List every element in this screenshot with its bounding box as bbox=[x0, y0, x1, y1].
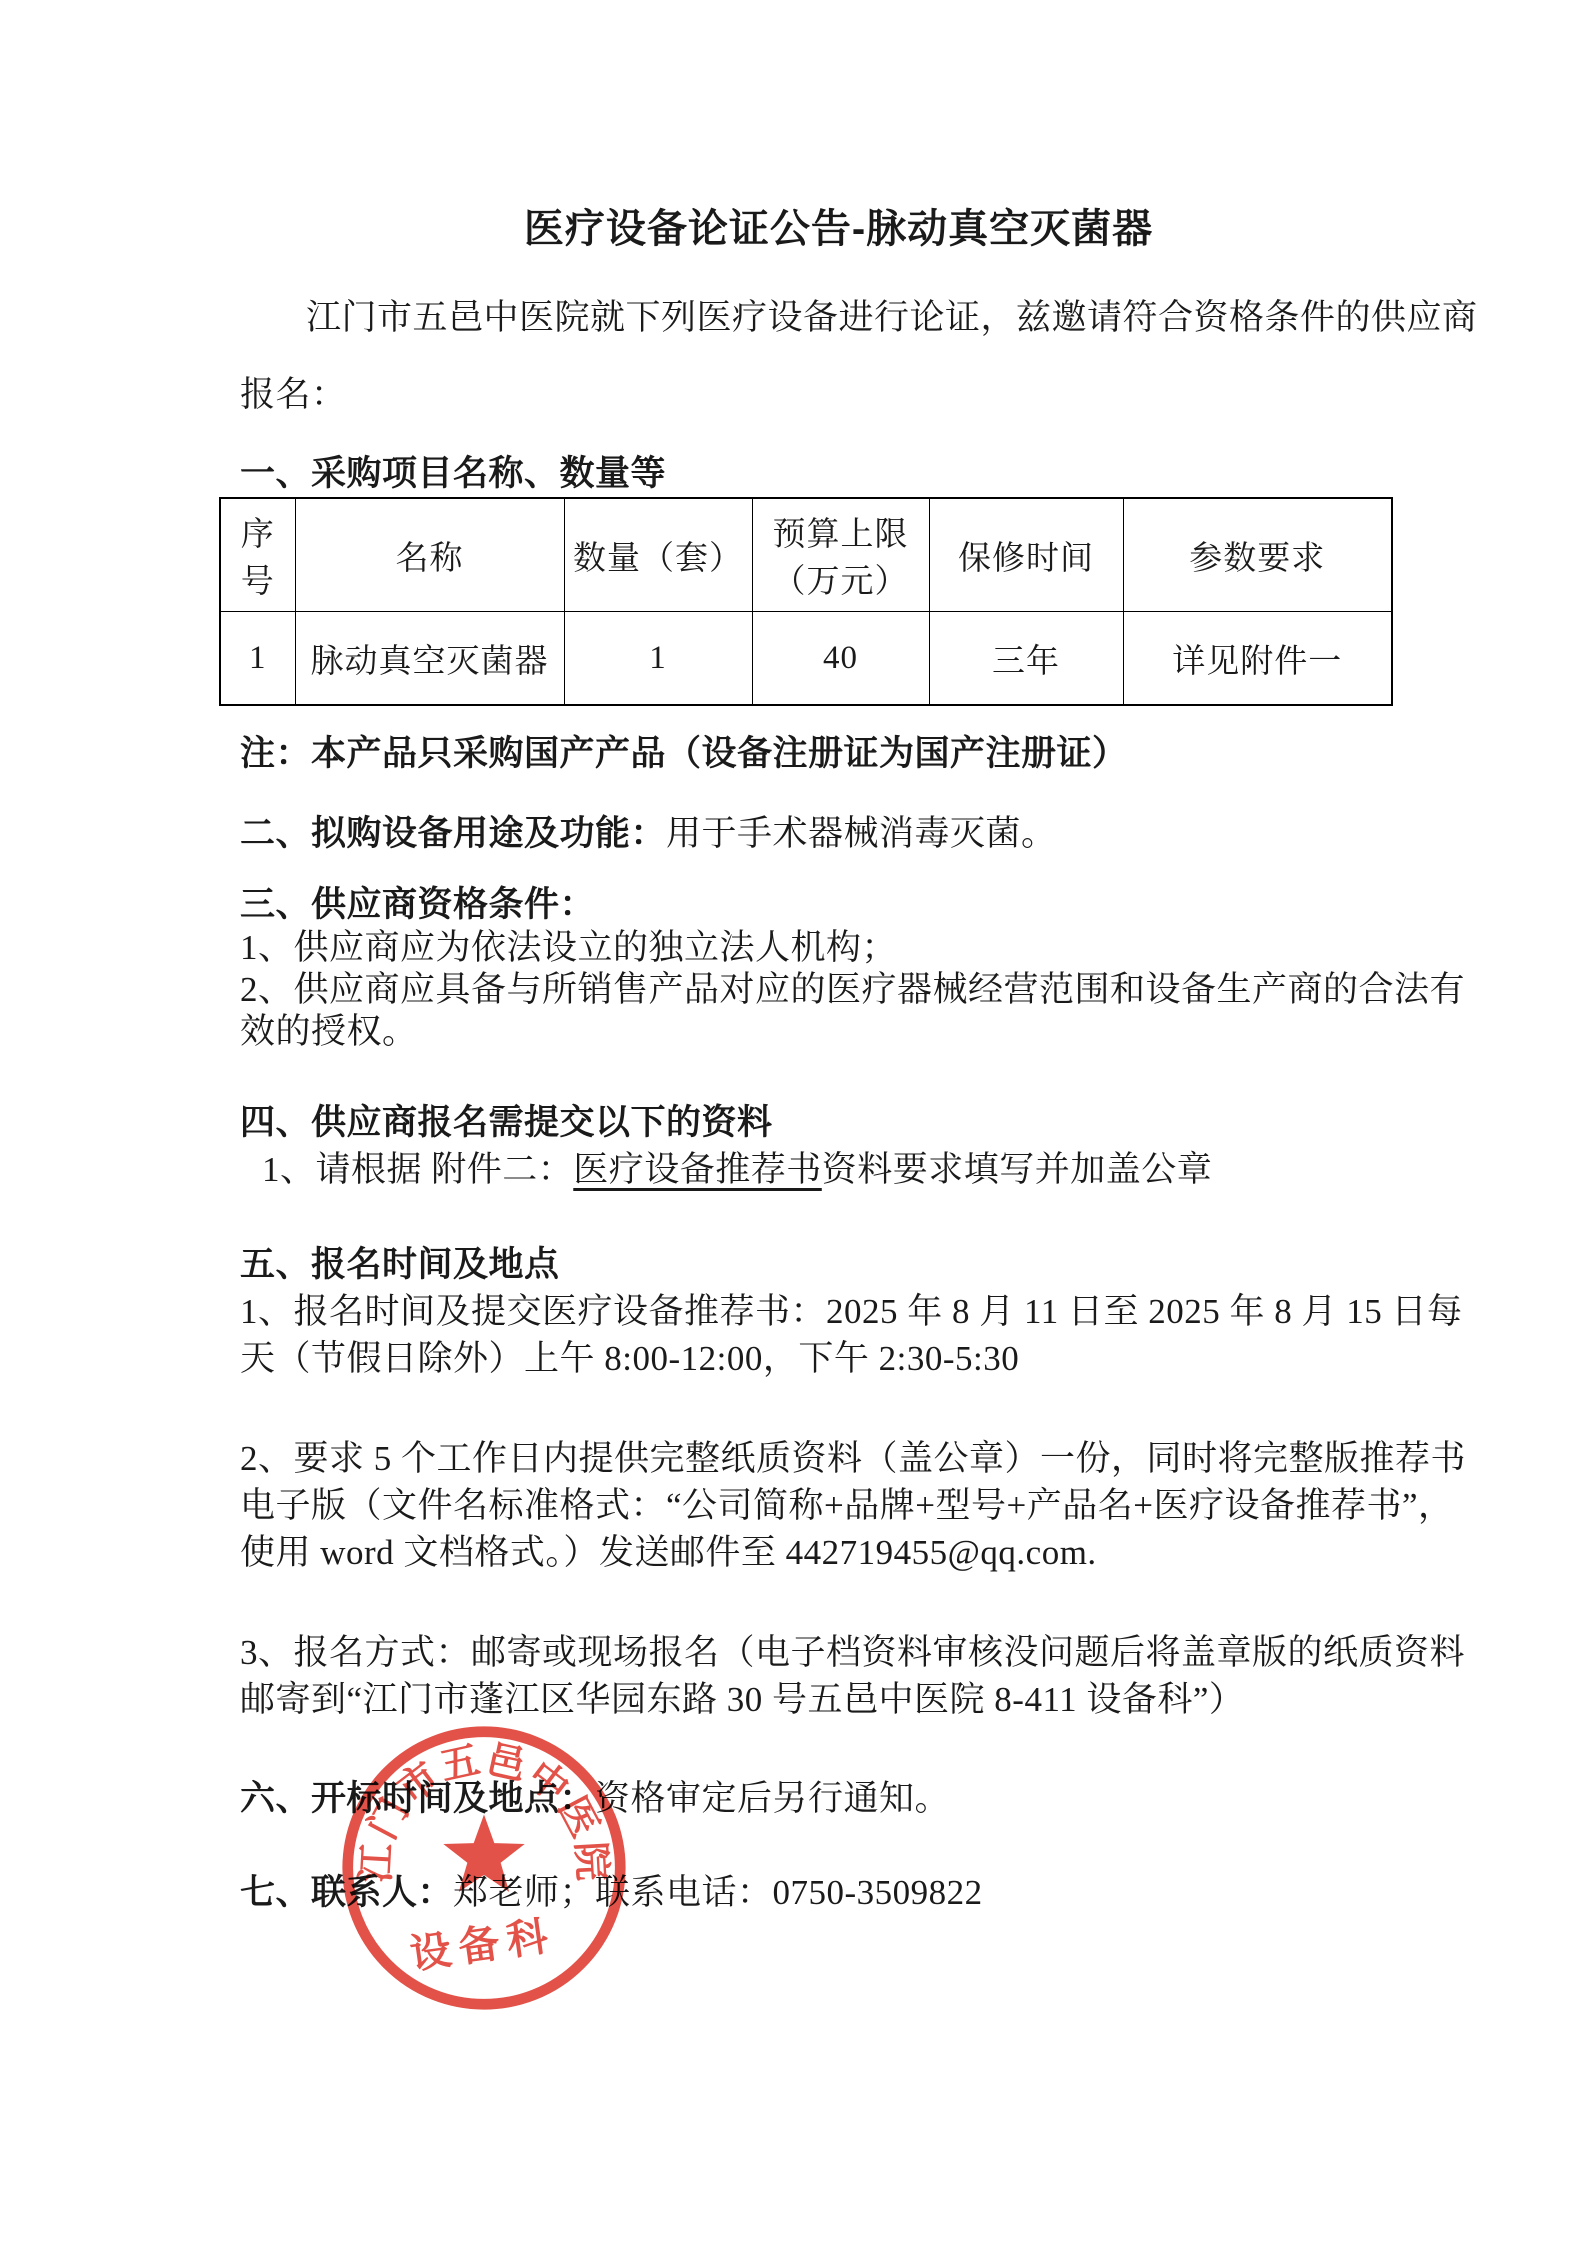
stamp-dept-text: 设备科 bbox=[407, 1913, 558, 1978]
attachment-link[interactable]: 医疗设备推荐书 bbox=[573, 1150, 822, 1189]
intro-line-2: 报名： bbox=[240, 372, 1437, 418]
section5-item2-line3: 使用 word 文档格式。）发送邮件至 442719455@qq.com. bbox=[240, 1530, 1437, 1576]
cell-quantity: 1 bbox=[564, 612, 752, 706]
section6-text: 资格审定后另行通知。 bbox=[595, 1779, 950, 1818]
col-header-params: 参数要求 bbox=[1123, 498, 1392, 612]
intro-line-1: 江门市五邑中医院就下列医疗设备进行论证，兹邀请符合资格条件的供应商 bbox=[240, 295, 1437, 341]
section6-line: 六、开标时间及地点：资格审定后另行通知。 bbox=[240, 1776, 1437, 1822]
section7-line: 七、联系人：郑老师；联系电话：0750-3509822 bbox=[240, 1870, 1437, 1916]
section5-heading: 五、报名时间及地点 bbox=[240, 1242, 1437, 1288]
table-header-row: 序 号 名称 数量（套） 预算上限 （万元） 保修时间 参数要求 bbox=[220, 498, 1392, 612]
section3-item1: 1、供应商应为依法设立的独立法人机构； bbox=[240, 925, 1437, 971]
stamp-graphic: 江门市五邑中医院 设备科 bbox=[348, 1732, 621, 2005]
section5-item2-line1: 2、要求 5 个工作日内提供完整纸质资料（盖公章）一份，同时将完整版推荐书 bbox=[240, 1436, 1437, 1482]
section3-heading: 三、供应商资格条件： bbox=[240, 882, 1437, 928]
section1-heading: 一、采购项目名称、数量等 bbox=[240, 451, 1437, 497]
section5-item3-line1: 3、报名方式：邮寄或现场报名（电子档资料审核没问题后将盖章版的纸质资料 bbox=[240, 1630, 1437, 1676]
procurement-table: 序 号 名称 数量（套） 预算上限 （万元） 保修时间 参数要求 1 脉动真空灭… bbox=[219, 497, 1393, 706]
col-header-budget: 预算上限 （万元） bbox=[752, 498, 929, 612]
table-row: 1 脉动真空灭菌器 1 40 三年 详见附件一 bbox=[220, 612, 1392, 706]
cell-budget: 40 bbox=[752, 612, 929, 706]
section2-line: 二、拟购设备用途及功能：用于手术器械消毒灭菌。 bbox=[240, 811, 1437, 857]
section7-text: 郑老师；联系电话：0750-3509822 bbox=[453, 1873, 983, 1912]
note-line: 注：本产品只采购国产产品（设备注册证为国产注册证） bbox=[240, 731, 1437, 777]
document-page: 医疗设备论证公告-脉动真空灭菌器 江门市五邑中医院就下列医疗设备进行论证，兹邀请… bbox=[0, 0, 1587, 2245]
col-header-name: 名称 bbox=[295, 498, 564, 612]
section3-item2-line1: 2、供应商应具备与所销售产品对应的医疗器械经营范围和设备生产商的合法有 bbox=[240, 967, 1437, 1013]
intro-text: 江门市五邑中医院就下列医疗设备进行论证，兹邀请符合资格条件的供应商 bbox=[240, 298, 1478, 337]
section4-item1: 1、请根据 附件二：医疗设备推荐书资料要求填写并加盖公章 bbox=[262, 1147, 1437, 1193]
section7-label: 七、联系人： bbox=[240, 1873, 453, 1912]
section5-item3-line2: 邮寄到“江门市蓬江区华园东路 30 号五邑中医院 8-411 设备科”） bbox=[240, 1677, 1437, 1723]
section2-text: 用于手术器械消毒灭菌。 bbox=[666, 814, 1057, 853]
document-title: 医疗设备论证公告-脉动真空灭菌器 bbox=[240, 203, 1437, 255]
section5-item1-line1: 1、报名时间及提交医疗设备推荐书：2025 年 8 月 11 日至 2025 年… bbox=[240, 1289, 1437, 1335]
section4-item1-post: 资料要求填写并加盖公章 bbox=[822, 1150, 1213, 1189]
section5-item2-line2: 电子版（文件名标准格式：“公司简称+品牌+型号+产品名+医疗设备推荐书”， bbox=[240, 1483, 1437, 1529]
section4-heading: 四、供应商报名需提交以下的资料 bbox=[240, 1100, 1437, 1146]
col-header-index: 序 号 bbox=[220, 498, 295, 612]
section3-item2-line2: 效的授权。 bbox=[240, 1009, 1437, 1055]
section4-item1-pre: 1、请根据 附件二： bbox=[262, 1150, 573, 1189]
cell-warranty: 三年 bbox=[929, 612, 1123, 706]
section6-label: 六、开标时间及地点： bbox=[240, 1779, 595, 1818]
cell-params: 详见附件一 bbox=[1123, 612, 1392, 706]
cell-name: 脉动真空灭菌器 bbox=[295, 612, 564, 706]
section5-item1-line2: 天（节假日除外）上午 8:00-12:00，下午 2:30-5:30 bbox=[240, 1336, 1437, 1382]
official-seal-stamp: 江门市五邑中医院 设备科 bbox=[338, 1721, 630, 2015]
stamp-ring bbox=[348, 1732, 621, 2005]
col-header-warranty: 保修时间 bbox=[929, 498, 1123, 612]
section2-label: 二、拟购设备用途及功能： bbox=[240, 814, 666, 853]
cell-index: 1 bbox=[220, 612, 295, 706]
col-header-quantity: 数量（套） bbox=[564, 498, 752, 612]
